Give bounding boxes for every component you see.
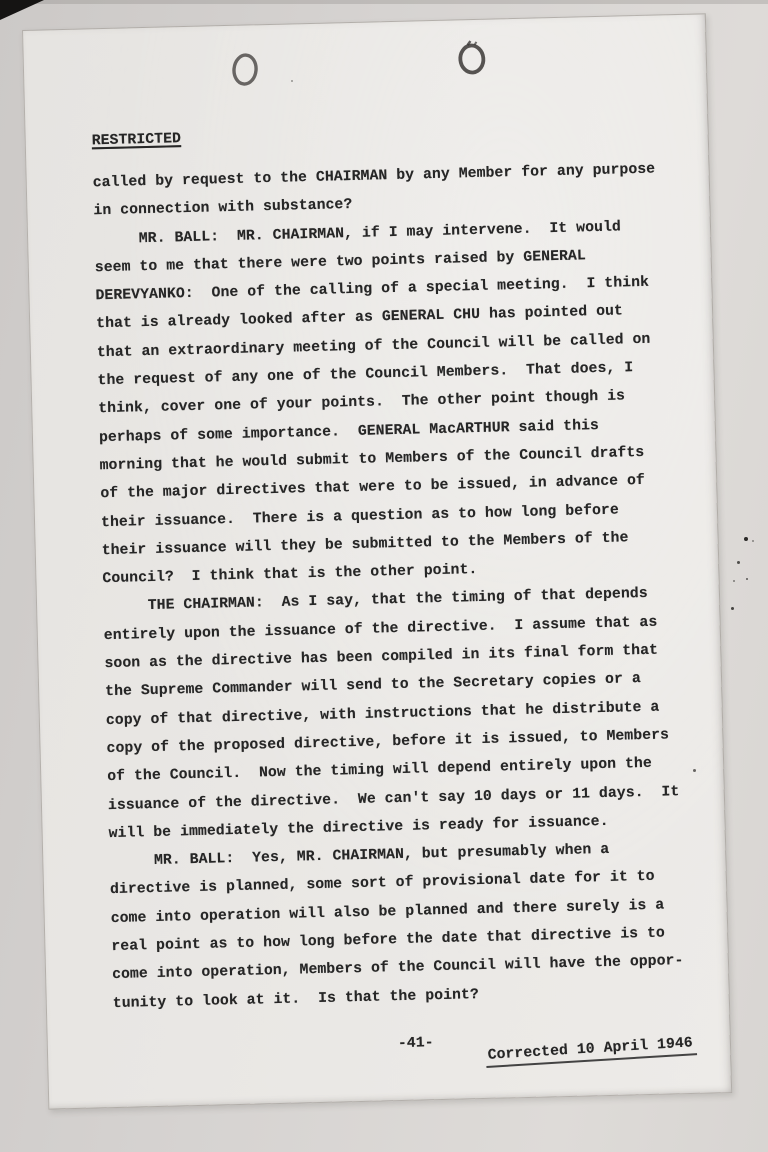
body-text: called by request to the CHAIRMAN by any…: [92, 155, 684, 1018]
ring-mark-icon: [453, 38, 490, 79]
ink-speck: [731, 607, 734, 610]
ink-speck: [291, 80, 293, 82]
ink-speck: [733, 580, 735, 582]
ring-mark-icon: [228, 49, 263, 90]
scanned-page: RESTRICTED called by request to the CHAI…: [0, 0, 768, 1152]
correction-note: Corrected 10 April 1946: [485, 1035, 697, 1068]
ink-speck: [752, 540, 754, 542]
scan-edge-shadow: [0, 0, 768, 4]
page-number: -41-: [398, 1035, 434, 1052]
ink-speck: [693, 769, 696, 772]
ink-speck: [746, 578, 748, 580]
paper-sheet: RESTRICTED called by request to the CHAI…: [22, 13, 732, 1109]
classification-label: RESTRICTED: [92, 131, 182, 149]
ink-speck: [744, 537, 748, 541]
ink-speck: [737, 561, 740, 564]
